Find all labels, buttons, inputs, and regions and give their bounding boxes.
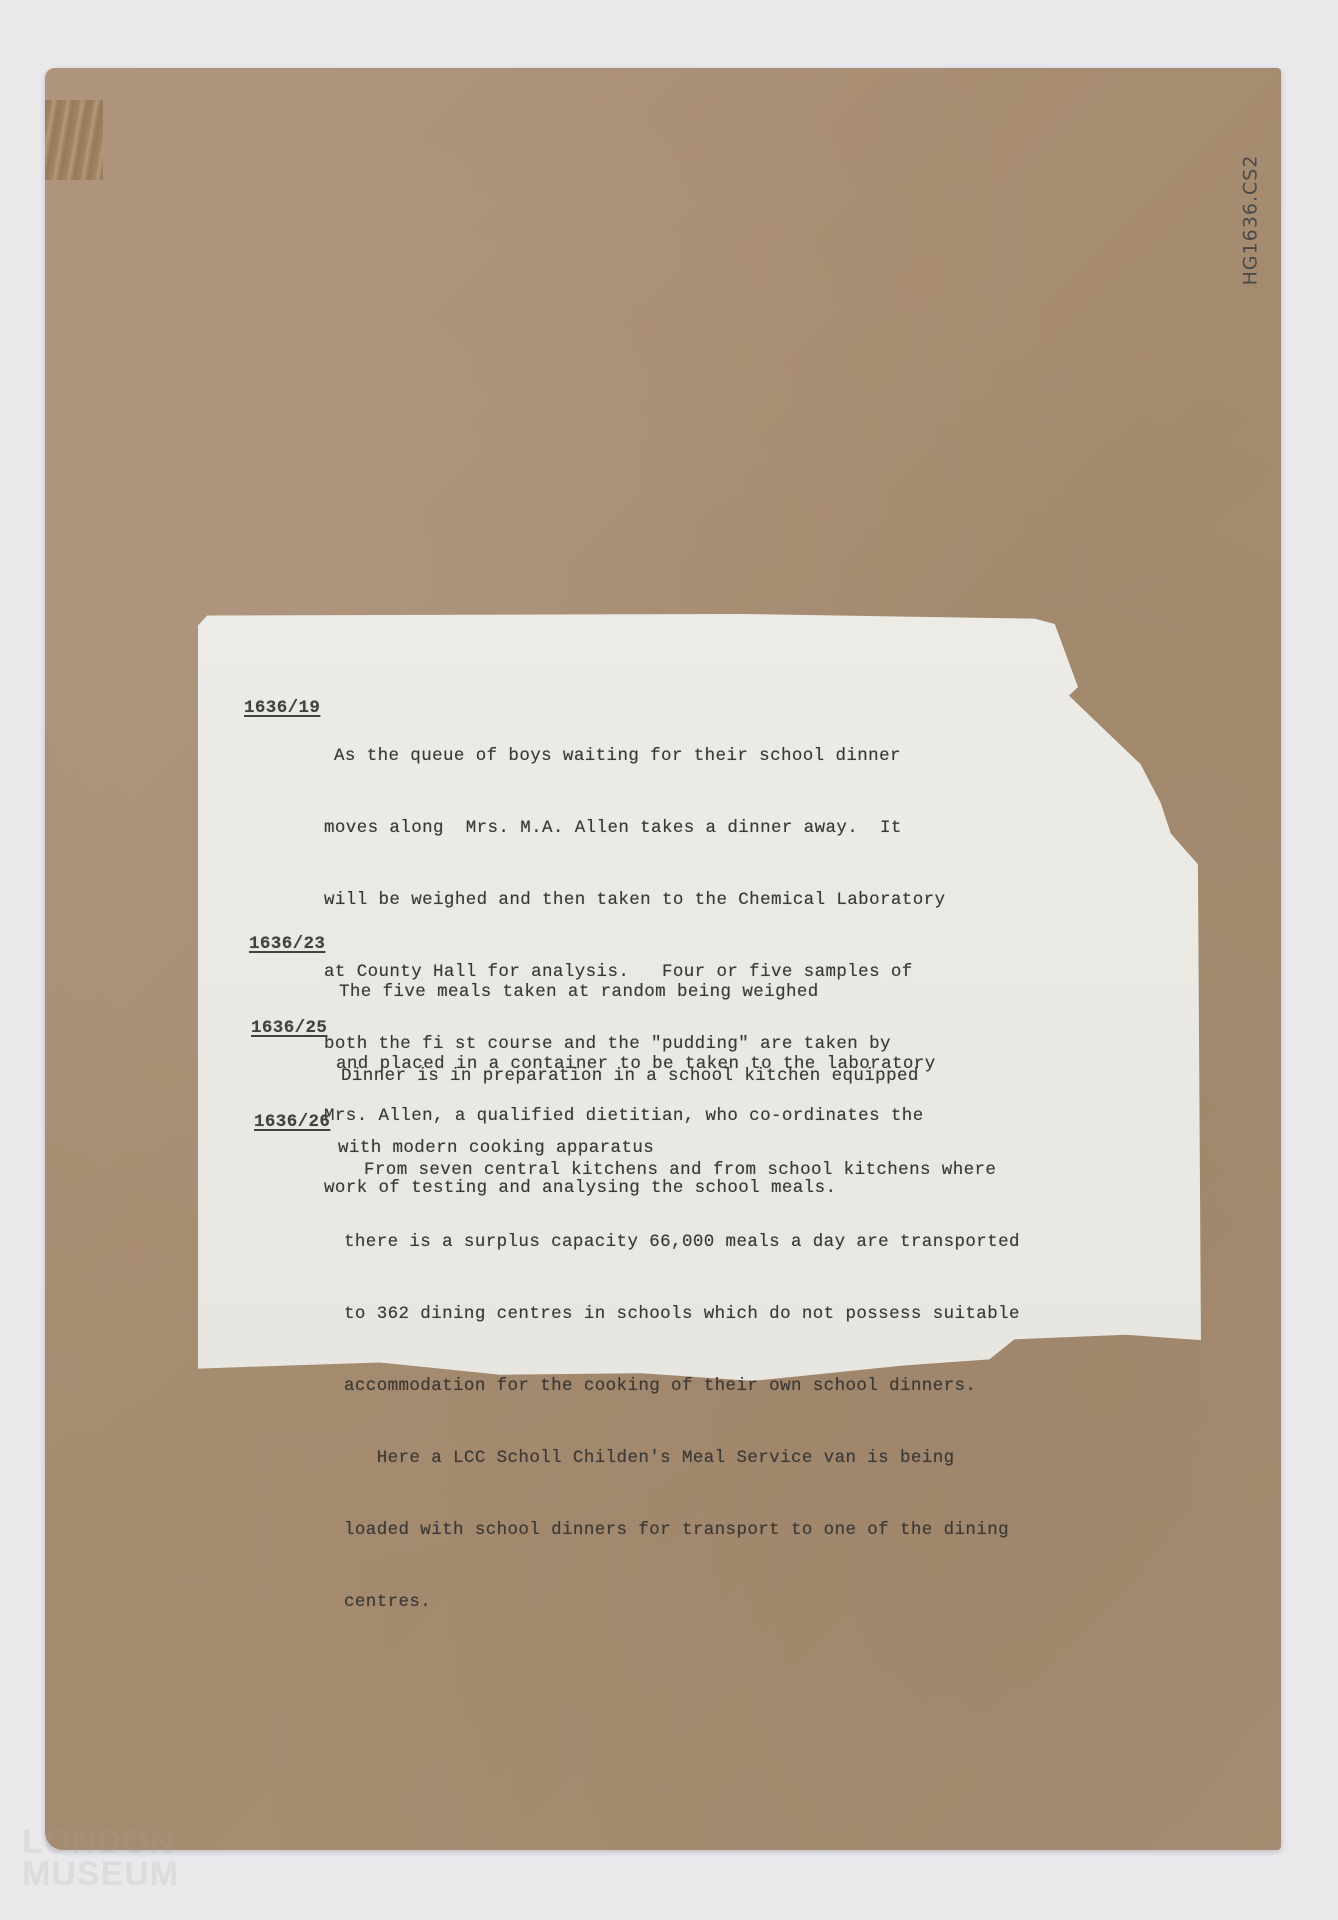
entry-code: 1636/19 bbox=[244, 696, 320, 720]
tape-stain bbox=[45, 100, 103, 180]
entry-code: 1636/26 bbox=[254, 1110, 330, 1134]
entry-line: Here a LCC Scholl Childen's Meal Service… bbox=[344, 1446, 1020, 1470]
entry-line: The five meals taken at random being wei… bbox=[339, 980, 936, 1004]
entry-line: centres. bbox=[344, 1590, 1020, 1614]
entry-line: accommodation for the cooking of their o… bbox=[344, 1374, 1020, 1398]
entry-text: From seven central kitchens and from sch… bbox=[364, 1110, 1020, 1662]
watermark-line: MUSEUM bbox=[22, 1858, 179, 1890]
accession-number-text: HG1636.CS2 bbox=[1239, 155, 1261, 286]
entry-line: loaded with school dinners for transport… bbox=[344, 1518, 1020, 1542]
entry-line: will be weighed and then taken to the Ch… bbox=[324, 888, 945, 912]
entry-line: Dinner is in preparation in a school kit… bbox=[341, 1064, 919, 1088]
entry-line: to 362 dining centres in schools which d… bbox=[344, 1302, 1020, 1326]
museum-watermark: LONDON MUSEUM bbox=[22, 1826, 179, 1890]
entry-line: there is a surplus capacity 66,000 meals… bbox=[344, 1230, 1020, 1254]
entry-code: 1636/25 bbox=[251, 1016, 327, 1040]
entry-line: moves along Mrs. M.A. Allen takes a dinn… bbox=[324, 816, 945, 840]
watermark-line: LONDON bbox=[22, 1826, 179, 1858]
entry-code: 1636/23 bbox=[249, 932, 325, 956]
entry-line: From seven central kitchens and from sch… bbox=[364, 1158, 1020, 1182]
accession-number: HG1636.CS2 bbox=[1220, 140, 1280, 300]
entry-line: As the queue of boys waiting for their s… bbox=[334, 744, 945, 768]
